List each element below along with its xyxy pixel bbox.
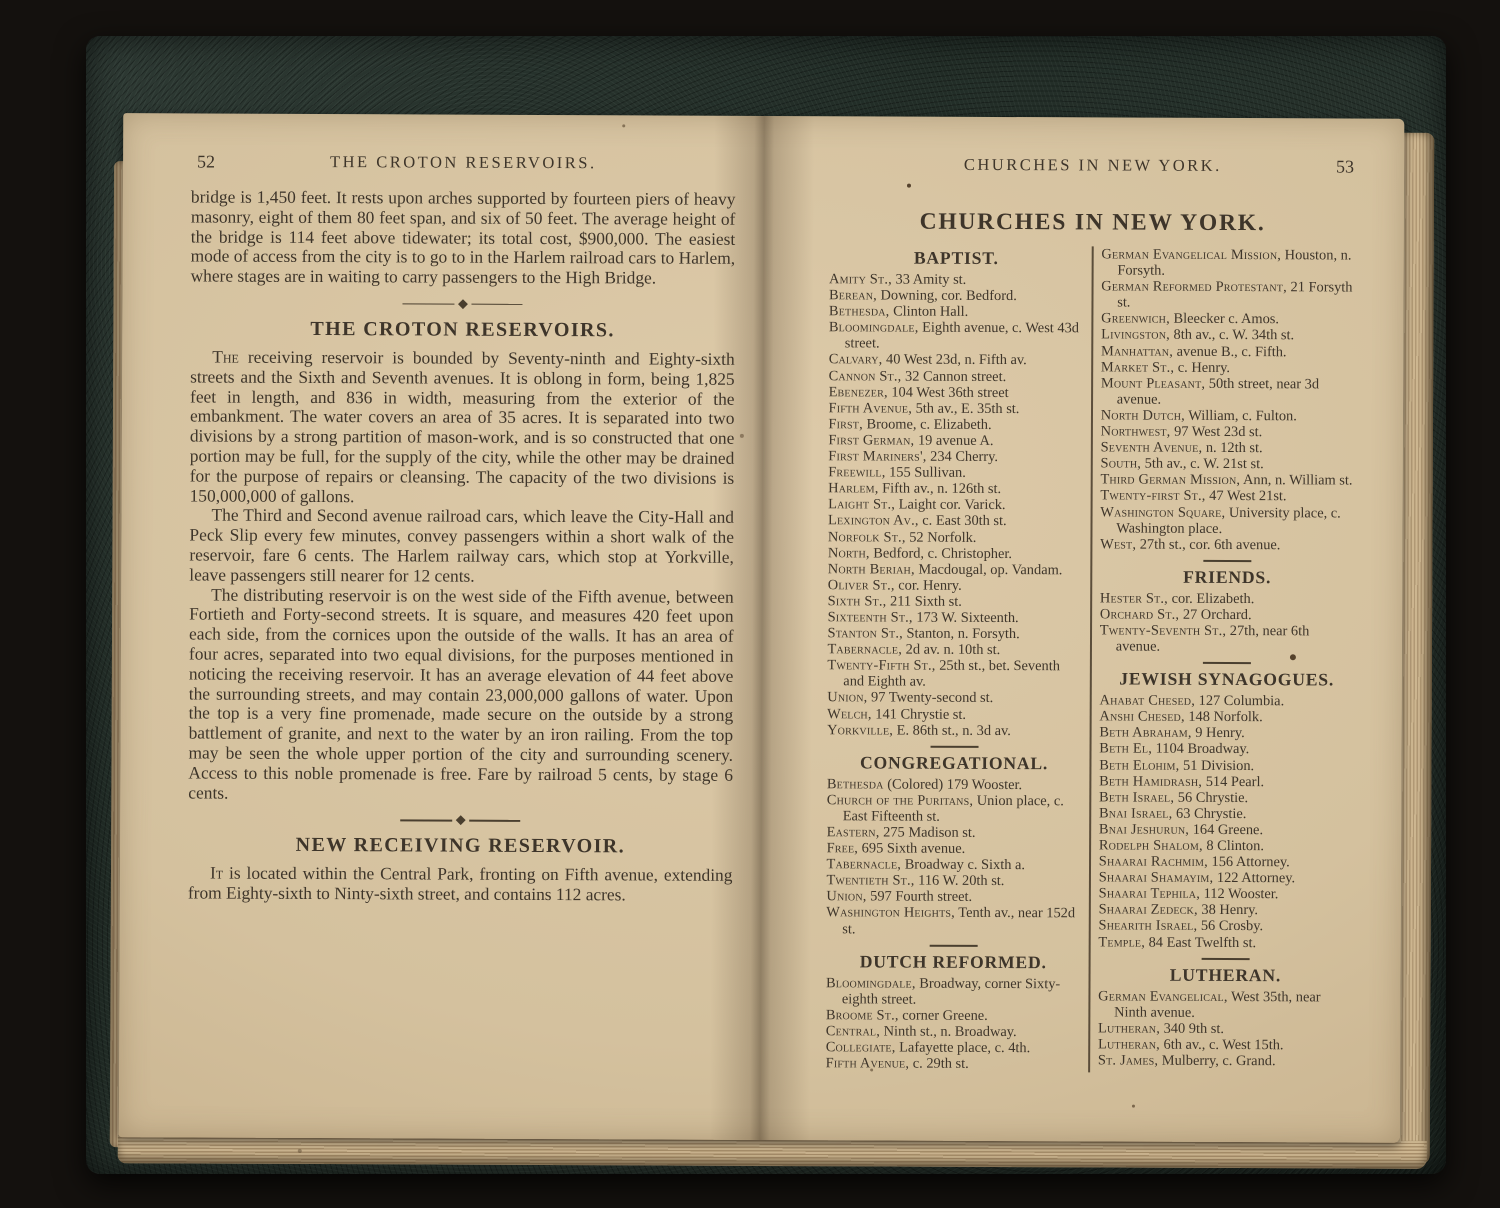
church-entry: Beth El, 1104 Broadway. bbox=[1099, 741, 1353, 758]
left-page-sections: ◆THE CROTON RESERVOIRS.The receiving res… bbox=[188, 299, 735, 905]
church-name: Shaarai Zedeck, bbox=[1099, 902, 1198, 918]
church-address: Ninth st., n. Broadway. bbox=[880, 1023, 1017, 1040]
church-entry: Laight St., Laight cor. Varick. bbox=[828, 497, 1082, 514]
paragraph: The Third and Second avenue railroad car… bbox=[189, 506, 734, 588]
church-address: 27 Orchard. bbox=[1179, 607, 1251, 623]
church-address: avenue B., c. Fifth. bbox=[1173, 343, 1287, 359]
church-address: 1104 Broadway. bbox=[1152, 741, 1249, 757]
church-address: 97 Twenty-second st. bbox=[867, 690, 993, 707]
church-name: Bethesda, bbox=[829, 303, 890, 319]
church-address: 8 Clinton. bbox=[1203, 838, 1264, 854]
church-name: Bloomingdale, bbox=[829, 320, 919, 336]
church-entry: Bloomingdale, Eighth avenue, c. West 43d… bbox=[829, 320, 1083, 353]
diamond-icon: ◆ bbox=[456, 816, 466, 826]
church-name: Shaarai Rachmim, bbox=[1099, 854, 1208, 870]
church-name: Market St., bbox=[1101, 359, 1174, 375]
church-entry: North, Bedford, c. Christopher. bbox=[828, 545, 1082, 562]
church-name: Tabernacle, bbox=[827, 641, 902, 657]
church-entry: Freewill, 155 Sullivan. bbox=[828, 464, 1082, 481]
church-address: 141 Chrystie st. bbox=[872, 706, 966, 722]
church-entry: Manhattan, avenue B., c. Fifth. bbox=[1101, 343, 1355, 360]
church-name: North, bbox=[828, 545, 870, 561]
church-address: Clinton Hall. bbox=[889, 304, 968, 320]
church-name: Livingston, bbox=[1101, 327, 1170, 343]
church-entry: Temple, 84 East Twelfth st. bbox=[1098, 934, 1352, 951]
denomination-heading: JEWISH SYNAGOGUES. bbox=[1100, 669, 1354, 691]
church-entry: Norfolk St., 52 Norfolk. bbox=[828, 529, 1082, 546]
church-address: 9 Henry. bbox=[1192, 725, 1245, 741]
church-name: Oliver St., bbox=[828, 577, 895, 593]
church-name: West, bbox=[1100, 536, 1136, 552]
church-entry: Rodelph Shalom, 8 Clinton. bbox=[1099, 837, 1353, 854]
church-entry: Stanton St., Stanton, n. Forsyth. bbox=[827, 625, 1081, 642]
church-name: Stanton St., bbox=[827, 625, 903, 641]
church-address: 47 West 21st. bbox=[1206, 488, 1287, 504]
church-address: Lafayette place, c. 4th. bbox=[896, 1040, 1031, 1057]
church-name: Third German Mission, bbox=[1100, 472, 1240, 489]
church-name: Cannon St., bbox=[829, 368, 902, 384]
church-address: 97 West 23d st. bbox=[1170, 424, 1262, 440]
continued-paragraph: bridge is 1,450 feet. It rests upon arch… bbox=[191, 187, 736, 288]
church-entry: Washington Heights, Tenth av., near 152d… bbox=[826, 905, 1080, 938]
section-heading: THE CROTON RESERVOIRS. bbox=[190, 317, 735, 342]
section-rule bbox=[1203, 662, 1251, 664]
church-entry: Berean, Downing, cor. Bedford. bbox=[829, 287, 1083, 304]
church-address: Stanton, n. Forsyth. bbox=[903, 626, 1020, 643]
denomination-heading: LUTHERAN. bbox=[1098, 964, 1352, 986]
church-address: 5th av., c. W. 21st st. bbox=[1141, 456, 1264, 473]
church-name: Church of the Puritans, bbox=[827, 792, 973, 809]
running-title: CHURCHES IN NEW YORK. bbox=[964, 155, 1222, 175]
church-name: Laight St., bbox=[828, 497, 895, 513]
church-address: 33 Amity st. bbox=[892, 272, 966, 288]
church-name: Beth Abraham, bbox=[1099, 725, 1191, 741]
church-entry: Third German Mission, Ann, n. William st… bbox=[1100, 472, 1354, 489]
church-entry: Lutheran, 340 9th st. bbox=[1098, 1020, 1352, 1037]
church-address: 275 Madison st. bbox=[880, 824, 976, 840]
church-entry: First Mariners', 234 Cherry. bbox=[828, 448, 1082, 465]
church-entry: Bloomingdale, Broadway, corner Sixty-eig… bbox=[826, 975, 1080, 1008]
church-name: Beth Elohim, bbox=[1099, 757, 1179, 773]
page-53: CHURCHES IN NEW YORK. 53 CHURCHES IN NEW… bbox=[759, 116, 1404, 1143]
church-entry: Twenty-Seventh St., 27th, near 6th avenu… bbox=[1100, 622, 1354, 655]
church-entry: Greenwich, Bleecker c. Amos. bbox=[1101, 311, 1355, 328]
church-name: Sixth St., bbox=[828, 593, 887, 609]
church-address: (Colored) 179 Wooster. bbox=[884, 776, 1023, 793]
church-entry: Lexington Av., c. East 30th st. bbox=[828, 513, 1082, 530]
church-name: Harlem, bbox=[828, 480, 878, 496]
church-address: 8th av., c. W. 34th st. bbox=[1170, 327, 1294, 344]
church-name: North Dutch, bbox=[1101, 407, 1185, 423]
church-name: Beth Israel, bbox=[1099, 789, 1174, 805]
church-entry: First German, 19 avenue A. bbox=[828, 432, 1082, 449]
church-name: Orchard St., bbox=[1100, 606, 1179, 622]
church-name: Fifth Avenue, bbox=[826, 1055, 910, 1071]
church-name: Beth Hamidrash, bbox=[1099, 773, 1202, 789]
church-name: Twenty-Fifth St., bbox=[827, 657, 935, 673]
church-address: 127 Columbia. bbox=[1195, 693, 1284, 709]
church-entry: Collegiate, Lafayette place, c. 4th. bbox=[826, 1039, 1080, 1056]
church-name: Yorkville, bbox=[827, 722, 893, 738]
church-name: Fifth Avenue, bbox=[828, 400, 912, 416]
church-entry: Fifth Avenue, 5th av., E. 35th st. bbox=[828, 400, 1082, 417]
church-name: Calvary, bbox=[829, 352, 883, 368]
church-entry: Livingston, 8th av., c. W. 34th st. bbox=[1101, 327, 1355, 344]
church-name: Freewill, bbox=[828, 464, 885, 480]
church-address: cor. Elizabeth. bbox=[1168, 591, 1254, 607]
section-heading: NEW RECEIVING RESERVOIR. bbox=[188, 834, 733, 859]
church-name: German Reformed Protestant, bbox=[1101, 279, 1287, 296]
church-name: Berean, bbox=[829, 287, 877, 303]
church-name: Shaarai Tephila, bbox=[1099, 886, 1200, 902]
church-entry: Broome St., corner Greene. bbox=[826, 1007, 1080, 1024]
church-entry: West, 27th st., cor. 6th avenue. bbox=[1100, 536, 1354, 553]
church-name: Bethesda bbox=[827, 776, 884, 792]
church-address: 56 Crosby. bbox=[1197, 918, 1263, 934]
church-entry: Hester St., cor. Elizabeth. bbox=[1100, 590, 1354, 607]
church-entry: Yorkville, E. 86th st., n. 3d av. bbox=[827, 722, 1081, 739]
church-entry: Free, 695 Sixth avenue. bbox=[827, 840, 1081, 857]
church-name: Mount Pleasant, bbox=[1101, 375, 1205, 391]
church-name: Anshi Chesed, bbox=[1099, 709, 1184, 725]
church-entry: German Evangelical, West 35th, near Nint… bbox=[1098, 988, 1352, 1021]
church-entry: Beth Israel, 56 Chrystie. bbox=[1099, 789, 1353, 806]
church-name: Norfolk St., bbox=[828, 529, 906, 545]
church-entry: Ahabat Chesed, 127 Columbia. bbox=[1099, 693, 1353, 710]
church-address: 27th st., cor. 6th avenue. bbox=[1136, 536, 1280, 553]
church-address: Bleecker c. Amos. bbox=[1170, 311, 1279, 327]
section-divider-ornament: ◆ bbox=[400, 817, 520, 825]
page-number: 53 bbox=[1336, 156, 1354, 177]
church-entry: Tabernacle, 2d av. n. 10th st. bbox=[827, 641, 1081, 658]
church-name: Shaarai Shamayim, bbox=[1099, 870, 1214, 886]
church-entry: Beth Hamidrash, 514 Pearl. bbox=[1099, 773, 1353, 790]
section-rule bbox=[929, 944, 977, 946]
church-entry: First, Broome, c. Elizabeth. bbox=[828, 416, 1082, 433]
church-column-right: German Evangelical Mission, Houston, n. … bbox=[1090, 246, 1356, 1073]
running-title: THE CROTON RESERVOIRS. bbox=[330, 152, 597, 172]
church-address: c. East 30th st. bbox=[919, 513, 1007, 529]
lead-word: It bbox=[210, 863, 223, 883]
page-block: 52 THE CROTON RESERVOIRS. bridge is 1,45… bbox=[110, 113, 1435, 1169]
church-entry: Twenty-Fifth St., 25th st., bet. Seventh… bbox=[827, 657, 1081, 690]
church-entry: Ebenezer, 104 West 36th street bbox=[829, 384, 1083, 401]
church-name: Bnai Jeshurun, bbox=[1099, 821, 1189, 837]
church-address: Ann, n. William st. bbox=[1240, 472, 1352, 488]
church-entry: Shaarai Zedeck, 38 Henry. bbox=[1099, 902, 1353, 919]
denomination-heading: CONGREGATIONAL. bbox=[827, 752, 1081, 774]
church-name: Hester St., bbox=[1100, 590, 1168, 606]
section-rule bbox=[1201, 958, 1249, 960]
church-address: 597 Fourth street. bbox=[867, 889, 973, 905]
church-address: 155 Sullivan. bbox=[885, 465, 965, 481]
church-entry: Mount Pleasant, 50th street, near 3d ave… bbox=[1101, 375, 1355, 408]
denomination-heading: DUTCH REFORMED. bbox=[826, 951, 1080, 973]
church-address: 340 9th st. bbox=[1160, 1021, 1224, 1037]
church-name: Beth El, bbox=[1099, 741, 1152, 757]
church-entry: Church of the Puritans, Union place, c. … bbox=[827, 792, 1081, 825]
church-name: German Evangelical Mission, bbox=[1101, 246, 1281, 263]
church-entry: Twenty-first St., 47 West 21st. bbox=[1100, 488, 1354, 505]
section-rule bbox=[930, 745, 978, 747]
church-entry: Seventh Avenue, n. 12th st. bbox=[1101, 440, 1355, 457]
church-name: Shearith Israel, bbox=[1098, 918, 1197, 934]
church-entry: Lutheran, 6th av., c. West 15th. bbox=[1098, 1036, 1352, 1053]
churches-columns: BAPTIST.Amity St., 33 Amity st.Berean, D… bbox=[826, 245, 1356, 1074]
church-entry: Welch, 141 Chrystie st. bbox=[827, 706, 1081, 723]
church-entry: Eastern, 275 Madison st. bbox=[827, 824, 1081, 841]
page-title: CHURCHES IN NEW YORK. bbox=[829, 208, 1356, 237]
running-header-right: CHURCHES IN NEW YORK. 53 bbox=[830, 154, 1357, 180]
church-entry: South, 5th av., c. W. 21st st. bbox=[1100, 456, 1354, 473]
church-address: 51 Division. bbox=[1179, 757, 1254, 773]
church-name: Rodelph Shalom, bbox=[1099, 837, 1203, 853]
church-name: Amity St., bbox=[829, 271, 892, 287]
church-name: Greenwich, bbox=[1101, 311, 1170, 327]
church-name: Welch, bbox=[827, 706, 872, 722]
church-name: Bnai Israel, bbox=[1099, 805, 1173, 821]
church-entry: Orchard St., 27 Orchard. bbox=[1100, 606, 1354, 623]
paragraph: The receiving reservoir is bounded by Se… bbox=[190, 347, 735, 508]
church-name: Ebenezer, bbox=[829, 384, 888, 400]
church-name: German Evangelical, bbox=[1098, 988, 1228, 1005]
diamond-icon: ◆ bbox=[458, 299, 468, 309]
church-address: William, c. Fulton. bbox=[1185, 408, 1297, 424]
church-name: North Beriah, bbox=[828, 561, 915, 577]
church-name: Northwest, bbox=[1101, 423, 1171, 439]
church-address: 5th av., E. 35th st. bbox=[912, 400, 1019, 416]
church-entry: Shaarai Shamayim, 122 Attorney. bbox=[1099, 870, 1353, 887]
church-address: 19 avenue A. bbox=[914, 433, 993, 449]
section-divider-ornament: ◆ bbox=[403, 300, 523, 308]
church-name: First, bbox=[828, 416, 863, 432]
church-name: Collegiate, bbox=[826, 1039, 896, 1055]
church-address: E. 86th st., n. 3d av. bbox=[893, 722, 1011, 739]
church-name: Twentieth St., bbox=[826, 873, 914, 889]
church-entry: Union, 97 Twenty-second st. bbox=[827, 690, 1081, 707]
church-address: 122 Attorney. bbox=[1213, 870, 1295, 886]
church-entry: Bnai Israel, 63 Chrystie. bbox=[1099, 805, 1353, 822]
section-rule bbox=[1203, 560, 1251, 562]
church-address: n. 12th st. bbox=[1202, 440, 1262, 456]
church-address: 2d av. n. 10th st. bbox=[902, 642, 1000, 658]
church-address: 695 Sixth avenue. bbox=[858, 840, 965, 856]
church-entry: Anshi Chesed, 148 Norfolk. bbox=[1099, 709, 1353, 726]
page-number: 52 bbox=[197, 151, 215, 172]
church-entry: Cannon St., 32 Cannon street. bbox=[829, 368, 1083, 385]
church-entry: Tabernacle, Broadway c. Sixth a. bbox=[826, 856, 1080, 873]
church-entry: Northwest, 97 West 23d st. bbox=[1101, 423, 1355, 440]
church-entry: North Dutch, William, c. Fulton. bbox=[1101, 407, 1355, 424]
church-entry: Sixteenth St., 173 W. Sixteenth. bbox=[828, 609, 1082, 626]
church-address: 112 Wooster. bbox=[1200, 886, 1278, 902]
church-entry: Beth Abraham, 9 Henry. bbox=[1099, 725, 1353, 742]
church-name: Lexington Av., bbox=[828, 513, 919, 529]
church-name: Free, bbox=[827, 840, 859, 856]
church-address: c. Henry. bbox=[1174, 359, 1230, 375]
church-entry: German Reformed Protestant, 21 Forsyth s… bbox=[1101, 279, 1355, 312]
church-entry: Washington Square, University place, c. … bbox=[1100, 504, 1354, 537]
denomination-heading: FRIENDS. bbox=[1100, 566, 1354, 588]
church-entry: Bethesda, Clinton Hall. bbox=[829, 303, 1083, 320]
church-name: Broome St., bbox=[826, 1007, 899, 1023]
page-52: 52 THE CROTON RESERVOIRS. bridge is 1,45… bbox=[119, 113, 764, 1140]
church-name: Temple, bbox=[1098, 934, 1145, 950]
church-name: Manhattan, bbox=[1101, 343, 1173, 359]
church-address: Laight cor. Varick. bbox=[895, 497, 1006, 513]
church-address: 6th av., c. West 15th. bbox=[1160, 1037, 1284, 1054]
church-entry: Union, 597 Fourth street. bbox=[826, 889, 1080, 906]
church-name: Bloomingdale, bbox=[826, 975, 916, 991]
church-address: 173 W. Sixteenth. bbox=[913, 610, 1019, 626]
church-name: First Mariners', bbox=[828, 448, 926, 464]
church-column-left: BAPTIST.Amity St., 33 Amity st.Berean, D… bbox=[826, 245, 1092, 1072]
church-name: Ahabat Chesed, bbox=[1099, 693, 1195, 709]
church-address: 104 West 36th street bbox=[888, 384, 1009, 401]
church-name: Twenty-Seventh St., bbox=[1100, 622, 1226, 639]
church-entry: Fifth Avenue, c. 29th st. bbox=[826, 1055, 1080, 1072]
church-entry: Shearith Israel, 56 Crosby. bbox=[1098, 918, 1352, 935]
church-name: Washington Square, bbox=[1100, 504, 1225, 521]
church-address: Bedford, c. Christopher. bbox=[870, 545, 1012, 562]
church-entry: Shaarai Rachmim, 156 Attorney. bbox=[1099, 854, 1353, 871]
church-name: Union, bbox=[826, 889, 866, 905]
church-address: 234 Cherry. bbox=[927, 449, 998, 465]
church-address: cor. Henry. bbox=[895, 577, 962, 593]
church-address: 156 Attorney. bbox=[1208, 854, 1290, 870]
church-name: St. James, bbox=[1098, 1052, 1158, 1068]
open-book-spread: 52 THE CROTON RESERVOIRS. bridge is 1,45… bbox=[119, 113, 1404, 1143]
church-name: Sixteenth St., bbox=[828, 609, 913, 625]
running-header-left: 52 THE CROTON RESERVOIRS. bbox=[191, 151, 736, 177]
church-entry: Shaarai Tephila, 112 Wooster. bbox=[1099, 886, 1353, 903]
church-name: Washington Heights, bbox=[826, 905, 955, 922]
church-name: First German, bbox=[828, 432, 914, 448]
church-address: 116 W. 20th st. bbox=[915, 873, 1005, 889]
church-address: 164 Greene. bbox=[1189, 822, 1263, 838]
church-name: Union, bbox=[827, 690, 867, 706]
church-address: Fifth av., n. 126th st. bbox=[879, 481, 1002, 498]
church-entry: Sixth St., 211 Sixth st. bbox=[828, 593, 1082, 610]
church-entry: North Beriah, Macdougal, op. Vandam. bbox=[828, 561, 1082, 578]
church-entry: Oliver St., cor. Henry. bbox=[828, 577, 1082, 594]
church-name: Tabernacle, bbox=[826, 856, 901, 872]
church-entry: Harlem, Fifth av., n. 126th st. bbox=[828, 480, 1082, 497]
church-name: Lutheran, bbox=[1098, 1020, 1160, 1036]
church-entry: Bnai Jeshurun, 164 Greene. bbox=[1099, 821, 1353, 838]
church-address: 32 Cannon street. bbox=[901, 368, 1006, 384]
church-entry: Market St., c. Henry. bbox=[1101, 359, 1355, 376]
church-address: 38 Henry. bbox=[1198, 902, 1258, 918]
church-address: 514 Pearl. bbox=[1202, 774, 1264, 790]
church-name: Central, bbox=[826, 1023, 880, 1039]
church-address: 56 Chrystie. bbox=[1174, 789, 1248, 805]
church-name: Lutheran, bbox=[1098, 1036, 1160, 1052]
church-name: South, bbox=[1100, 456, 1141, 472]
paragraph: It is located within the Central Park, f… bbox=[188, 864, 733, 906]
church-entry: German Evangelical Mission, Houston, n. … bbox=[1101, 246, 1355, 279]
church-address: 40 West 23d, n. Fifth av. bbox=[882, 352, 1026, 369]
church-address: Downing, cor. Bedford. bbox=[877, 288, 1017, 305]
lead-word: The bbox=[212, 347, 239, 367]
church-address: c. 29th st. bbox=[909, 1056, 969, 1072]
church-address: corner Greene. bbox=[899, 1007, 988, 1023]
church-entry: Amity St., 33 Amity st. bbox=[829, 271, 1083, 288]
church-name: Eastern, bbox=[827, 824, 880, 840]
church-name: Seventh Avenue, bbox=[1101, 440, 1203, 456]
church-address: 52 Norfolk. bbox=[906, 529, 977, 545]
church-entry: Central, Ninth st., n. Broadway. bbox=[826, 1023, 1080, 1040]
church-entry: Bethesda (Colored) 179 Wooster. bbox=[827, 776, 1081, 793]
church-name: Twenty-first St., bbox=[1100, 488, 1205, 504]
church-entry: Twentieth St., 116 W. 20th st. bbox=[826, 873, 1080, 890]
denomination-heading: BAPTIST. bbox=[829, 247, 1083, 269]
church-entry: Beth Elohim, 51 Division. bbox=[1099, 757, 1353, 774]
church-address: Broadway c. Sixth a. bbox=[901, 857, 1025, 874]
paragraph: The distributing reservoir is on the wes… bbox=[188, 585, 733, 805]
church-address: 63 Chrystie. bbox=[1172, 806, 1246, 822]
church-address: 148 Norfolk. bbox=[1185, 709, 1263, 725]
church-address: Broome, c. Elizabeth. bbox=[863, 416, 992, 433]
church-entry: Calvary, 40 West 23d, n. Fifth av. bbox=[829, 352, 1083, 369]
church-address: 84 East Twelfth st. bbox=[1145, 934, 1256, 950]
church-address: Macdougal, op. Vandam. bbox=[915, 561, 1063, 578]
church-address: Mulberry, c. Grand. bbox=[1158, 1053, 1275, 1070]
church-address: 211 Sixth st. bbox=[886, 593, 962, 609]
church-entry: St. James, Mulberry, c. Grand. bbox=[1098, 1052, 1352, 1069]
